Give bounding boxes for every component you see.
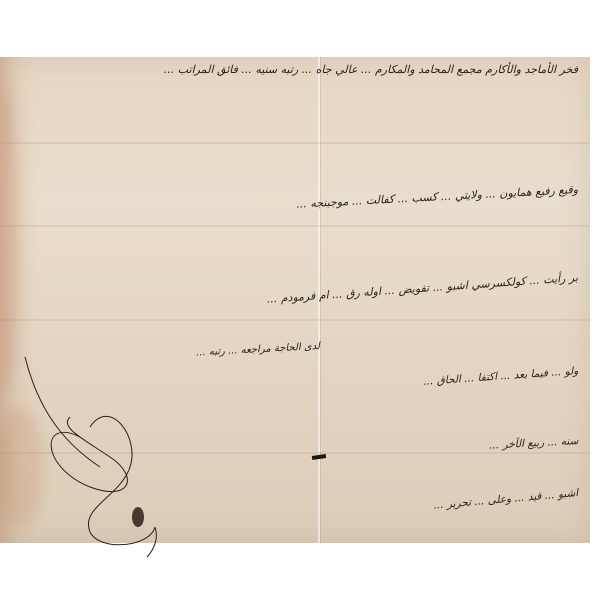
horizontal-fold-line (0, 142, 590, 144)
horizontal-fold-line (0, 225, 590, 227)
text-line-3: بر رأيت ... كولكسرسي اشبو ... تفويض ... … (266, 271, 578, 306)
text-line-4: لدى الحاجة مراجعه ... رتبه ... (196, 341, 320, 358)
text-line-5: ولو ... فيما بعد ... اكتفا ... الحاق ... (423, 365, 579, 388)
text-line-6: سنه ... ربيع الآخر ... (488, 435, 578, 452)
document-paper: فخر الأماجد والأكارم مجمع المحامد والمكا… (0, 57, 590, 543)
text-line-1: فخر الأماجد والأكارم مجمع المحامد والمكا… (164, 63, 578, 76)
text-line-7: اشبو ... قيد ... وعلى ... تحرير ... (433, 487, 579, 512)
text-line-2: وقيع رفيع همايون ... ولايتي ... كسب ... … (296, 183, 578, 211)
signature-flourish-icon (20, 357, 170, 557)
edge-stain (0, 87, 20, 387)
horizontal-fold-line (0, 319, 590, 321)
